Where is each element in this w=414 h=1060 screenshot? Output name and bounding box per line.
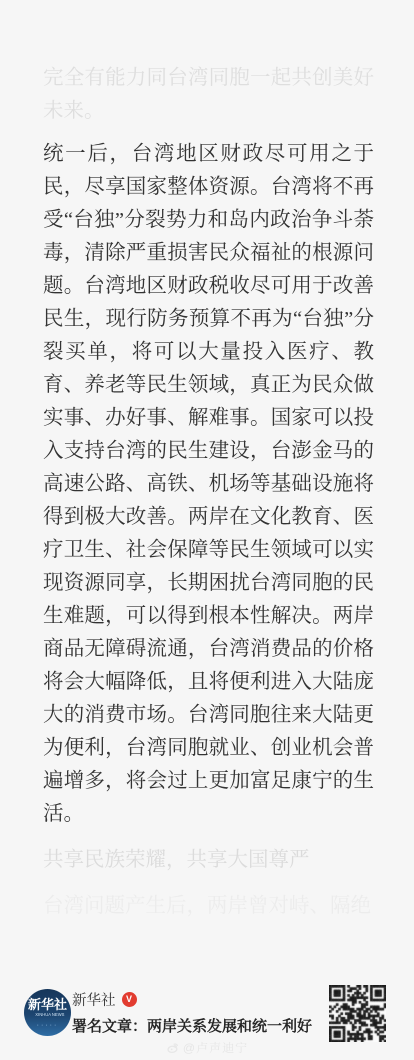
xinhua-logo-icon: 新华社 XINHUA NEWS ····· [24,989,71,1036]
logo-stars: ····· [24,1022,71,1029]
logo-en-text: XINHUA NEWS [35,1013,59,1017]
faded-section-heading: 共享民族荣耀，共享大国尊严 [43,844,310,877]
faded-previous-paragraph: 完全有能力同台湾同胞一起共创美好未来。 [43,62,374,128]
faded-next-paragraph: 台湾问题产生后，两岸曾对峙、隔绝 [43,890,371,923]
qr-code-icon [329,985,386,1042]
article-title: 署名文章：两岸关系发展和统一利好 [72,1015,312,1036]
logo-cn-text: 新华社 [24,998,71,1012]
verified-badge-icon: V [122,992,137,1007]
main-paragraph: 统一后，台湾地区财政尽可用之于民，尽享国家整体资源。台湾将不再受“台独”分裂势力… [43,138,374,831]
account-row: 新华社 V [72,991,137,1007]
weibo-eye-icon [166,1041,179,1054]
watermark: @卢声迪宁 [0,1038,414,1056]
watermark-text: @卢声迪宁 [183,1039,248,1056]
account-name: 新华社 [72,989,116,1010]
